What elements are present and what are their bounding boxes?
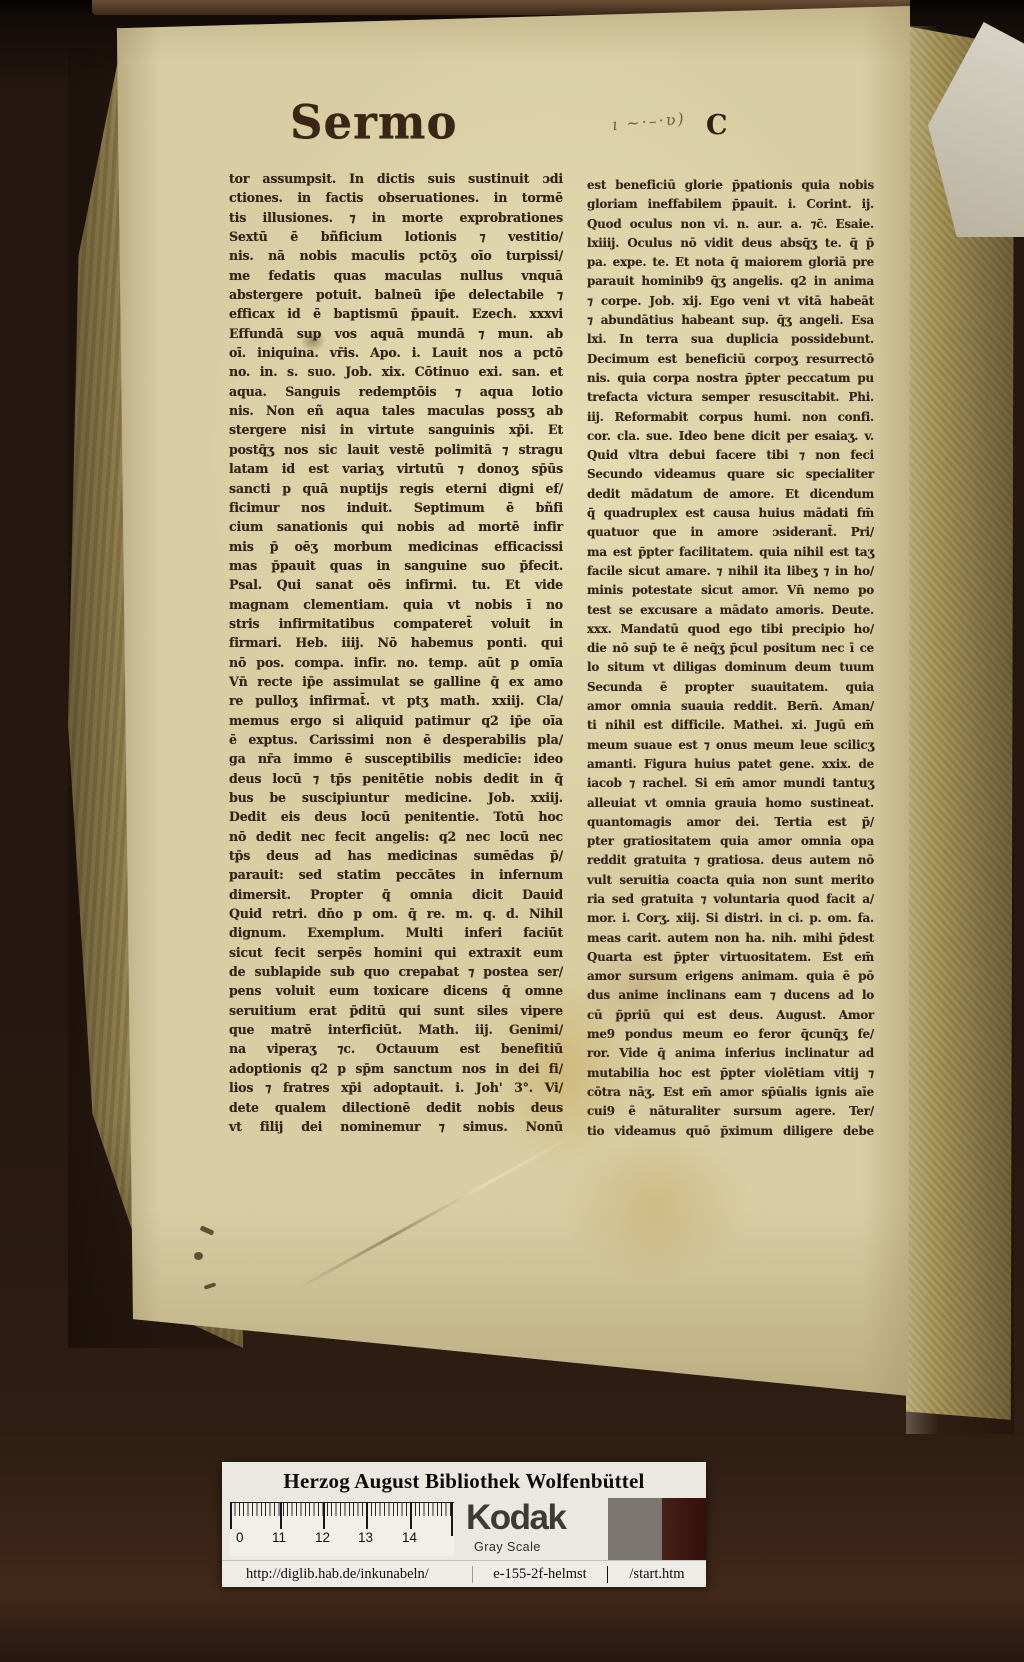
text-line: bus be suscipiuntur medicine. Job. xxiij… — [229, 788, 563, 807]
digitization-url: http://diglib.hab.de/inkunabeln/ — [222, 1566, 472, 1583]
quire-signature-letter: C — [706, 110, 728, 141]
start-file: /start.htm — [607, 1566, 706, 1583]
library-label-card: Herzog August Bibliothek Wolfenbüttel 01… — [222, 1462, 706, 1586]
text-line: mis p̄ oēʒ morbum medicinas efficacissi — [229, 537, 563, 556]
grayscale-patch-dark — [662, 1498, 706, 1560]
ruler-number: 13 — [358, 1530, 373, 1545]
ruler-number: 12 — [315, 1530, 330, 1545]
grayscale-patch-gray — [608, 1498, 662, 1560]
ruler-cm-tick — [323, 1502, 325, 1529]
text-line: quatuor que in amore ɔsiderant̄. Pri/ — [587, 523, 874, 542]
text-line: q̄ quadruplex est causa huius mādati fm̄ — [587, 504, 874, 523]
text-line: lios ⁊ fratres xp̄i adoptauit. i. Joh' 3… — [229, 1078, 563, 1097]
ruler-cm-tick — [410, 1502, 412, 1529]
kodak-wordmark: Kodak — [466, 1498, 565, 1538]
ruler-mm-ticks — [230, 1502, 454, 1516]
text-line: Secundo videamus quare sic specialiter — [587, 465, 874, 484]
text-line: amor omnia suauia reddit. Bern̄. Aman/ — [587, 697, 874, 716]
text-line: Vn̄ recte ip̄e assimulat se galline q̄ e… — [229, 672, 563, 691]
page-heading: Sermo — [290, 95, 457, 150]
text-line: ficimur nos induit. Septimum ē bñfi — [229, 498, 563, 517]
text-column-left: tor assumpsit. In dictis suis sustinuit … — [229, 169, 563, 1136]
text-line: tio videamus quō p̄ximum diligere debe — [587, 1122, 874, 1141]
cm-ruler: 011121314 — [230, 1502, 454, 1556]
text-line: na viperaʒ ⁊c. Octauum est benefitiū — [229, 1039, 563, 1058]
text-line: ⁊ abundātius habeant sup. q̄ʒ angeli. Es… — [587, 311, 874, 330]
text-line: alleuiat vt omnia grauia homo sustineat. — [587, 794, 874, 813]
text-line: stris infirmitatibus compateret̄ voluit … — [229, 614, 563, 633]
text-line: die nō sup̄ te ē neq̄ʒ p̄cul positum nec… — [587, 639, 874, 658]
text-line: nis. Non eñ aqua tales maculas possʒ ab — [229, 401, 563, 420]
text-line: cōtra nāʒ. Est em̄ amor sp̄ūalis ignis a… — [587, 1083, 874, 1102]
ruler-cm-tick — [366, 1502, 368, 1529]
text-line: cui9 ē nāturaliter sursum agere. Ter/ — [587, 1102, 874, 1121]
text-line: Quid vltra debui facere tibi ⁊ non feci — [587, 446, 874, 465]
text-line: test se excusare a mādato amoris. Deute. — [587, 601, 874, 620]
text-line: parauit: sed statim peccātes in infernum — [229, 865, 563, 884]
text-line: deus locū ⁊ tp̄s penitētie nobis dedit i… — [229, 769, 563, 788]
text-line: efficax id ē baptismū p̄pauit. Ezech. xx… — [229, 304, 563, 323]
text-line: seruitium erat p̄ditū qui sunt siles vip… — [229, 1001, 563, 1020]
text-line: pa. expe. te. Et nota q̄ maiorem gloriā … — [587, 253, 874, 272]
text-line: latam id est variaʒ virtutū ⁊ donoʒ sp̄ū… — [229, 459, 563, 478]
margin-ink-mark — [194, 1252, 203, 1260]
text-line: tp̄s deus ad has medicinas sumēdas p̄/ — [229, 846, 563, 865]
ruler-cm-tick — [230, 1502, 232, 1529]
text-line: magnam clementiam. quia vt nobis ī no — [229, 595, 563, 614]
text-line: xxx. Mandatū quod ego tibi precipio ho/ — [587, 620, 874, 639]
text-line: no. in. s. suo. Job. xix. Cōtinuo exi. s… — [229, 362, 563, 381]
text-line: gloriam ineffabilem p̄pauit. i. Corint. … — [587, 195, 874, 214]
text-line: adoptionis q2 p sp̄m sanctum nos in dei … — [229, 1059, 563, 1078]
text-line: ctiones. in factis obseruationes. in tor… — [229, 188, 563, 207]
text-line: aqua. Sanguis redemptōis ⁊ aqua lotio — [229, 382, 563, 401]
text-line: amanti. Figura huius patet gene. xxix. d… — [587, 755, 874, 774]
text-line: lo situm vt diligas dominum deum tuum — [587, 658, 874, 677]
text-line: vult seruitia coacta quia non sunt merit… — [587, 871, 874, 890]
text-line: postq̄ʒ nos sic lauit vestē polimitā ⁊ s… — [229, 440, 563, 459]
text-line: tis illusiones. ⁊ in morte exprobratione… — [229, 208, 563, 227]
text-line: Quarta est p̄pter virtuositatem. Est em̄ — [587, 948, 874, 967]
text-line: Quid retri. dn̄o p om. q̄ re. m. q. d. N… — [229, 904, 563, 923]
text-line: meum suaue est ⁊ onus meum leue scilicʒ — [587, 736, 874, 755]
text-line: amor sursum erigens animam. quia ē pō — [587, 967, 874, 986]
text-line: ē exptus. Carissimi non ē desperabilis p… — [229, 730, 563, 749]
text-line: Effundā sup vos aquā mundā ⁊ mun. ab — [229, 324, 563, 343]
text-line: mas p̄pauit quas in sanguine suo p̄fecit… — [229, 556, 563, 575]
text-line: ror. Vide q̄ anima inferius inclinatur a… — [587, 1044, 874, 1063]
text-line: mutabilia hoc est p̄pter violētiam vitij… — [587, 1064, 874, 1083]
text-line: oī. iniquina. vr̄is. Apo. i. Lauit nos a… — [229, 343, 563, 362]
text-column-right: est beneficiū glorie p̄pationis quia nob… — [587, 176, 874, 1141]
text-line: cor. cla. sue. Ideo bene dicit per esaia… — [587, 427, 874, 446]
text-line: quantomagis amor dei. Tertia est p̄/ — [587, 813, 874, 832]
text-line: abstergere potuit. balneū ip̄e delectabi… — [229, 285, 563, 304]
text-line: dus anime inclinans eam ⁊ ducens ad lo — [587, 986, 874, 1005]
text-line: vt filij dei nominemur ⁊ simus. Nonū — [229, 1117, 563, 1136]
text-line: meas carit. autem non ha. nih. mihi p̄de… — [587, 929, 874, 948]
ruler-number: 11 — [272, 1530, 286, 1545]
text-line: nis. nā nobis maculis pctōʒ oīo turpissi… — [229, 246, 563, 265]
text-line: tor assumpsit. In dictis suis sustinuit … — [229, 169, 563, 188]
ruler-cm-tick — [280, 1502, 282, 1529]
text-line: est beneficiū glorie p̄pationis quia nob… — [587, 176, 874, 195]
text-line: me9 pondus meum eo feror q̄cunq̄ʒ fe/ — [587, 1025, 874, 1044]
label-url-row: http://diglib.hab.de/inkunabeln/ e-155-2… — [222, 1560, 706, 1587]
text-line: Dedit eis deus locū penitentie. Totū hoc — [229, 807, 563, 826]
text-line: ria sed gratuita ⁊ voluntaria quod facit… — [587, 890, 874, 909]
text-line: dedit mādatum de amore. Et dicendum — [587, 485, 874, 504]
text-line: Decimum est beneficiū corpoʒ resurrectō — [587, 350, 874, 369]
text-line: lxiiij. Oculus nō vidit deus absq̄ʒ te. … — [587, 234, 874, 253]
text-line: facile sicut amare. ⁊ nihil ita libeʒ ⁊ … — [587, 562, 874, 581]
text-line: cū p̄priū qui est deus. August. Amor — [587, 1006, 874, 1025]
text-line: ga nr̄a immo ē susceptibilis medicīe: id… — [229, 749, 563, 768]
text-line: cium sanationis qui nobis ad mortē infir — [229, 517, 563, 536]
text-line: nō dedit nec fecit angelis: q2 nec locū … — [229, 827, 563, 846]
text-line: reddit gratuita ⁊ gratiosa. deus autem n… — [587, 851, 874, 870]
text-line: dignum. Exemplum. Multi inferi faciūt — [229, 923, 563, 942]
text-line: sicut fecit serpēs homini qui extraxit e… — [229, 943, 563, 962]
digitized-book-photo: Sermo ı ~·–·ʋ) C tor assumpsit. In dicti… — [0, 0, 1024, 1662]
text-line: Secunda ē propter suauitatem. quia — [587, 678, 874, 697]
ruler-number: 14 — [402, 1530, 417, 1545]
text-line: nō pos. compa. infir. no. temp. aūt p om… — [229, 653, 563, 672]
text-line: mor. i. Corʒ. xiij. Si distri. in ci. p.… — [587, 909, 874, 928]
text-line: pter gratiositatem quia amor omnia opa — [587, 832, 874, 851]
text-line: nis. quia corpa nostra p̄pter peccatum p… — [587, 369, 874, 388]
text-line: Sextū ē bñficium lotionis ⁊ vestitio/ — [229, 227, 563, 246]
label-middle-row: 011121314 Kodak Gray Scale — [222, 1498, 706, 1560]
fore-edge-shadow — [906, 26, 1014, 1434]
text-line: stergere nisi in virtute sanguinis xp̄i.… — [229, 420, 563, 439]
text-line: ⁊ corpe. Job. xij. Ego veni vt vitā habe… — [587, 292, 874, 311]
text-line: ma est p̄pter facilitatem. quia nihil es… — [587, 543, 874, 562]
text-line: de sublapide sub quo crepabat ⁊ postea s… — [229, 962, 563, 981]
text-line: ti nihil est difficile. Mathei. xi. Jugū… — [587, 716, 874, 735]
ruler-numbers: 011121314 — [230, 1530, 454, 1550]
text-line: dete qualem dilectionē dedit nobis deus — [229, 1098, 563, 1117]
gray-scale-caption: Gray Scale — [474, 1540, 541, 1554]
text-line: memus ergo si aliquid patimur q2 ip̄e oī… — [229, 711, 563, 730]
library-name: Herzog August Bibliothek Wolfenbüttel — [222, 1462, 706, 1498]
text-line: trefacta victura semper resuscitabit. Ph… — [587, 388, 874, 407]
text-line: re pulloʒ infirmat̄. vt ptʒ math. xxiij.… — [229, 691, 563, 710]
text-line: parauit hominib9 q̄ʒ angelis. q2 in anim… — [587, 272, 874, 291]
text-line: sancti p quā nuptijs regis eterni digni … — [229, 479, 563, 498]
ruler-number: 0 — [236, 1530, 244, 1545]
text-line: Psal. Qui sanat oēs infirmi. tu. Et vide — [229, 575, 563, 594]
text-line: pens voluit eum toxicare dicens q̄ omne — [229, 981, 563, 1000]
text-line: firmari. Heb. iiij. Nō habemus ponti. qu… — [229, 633, 563, 652]
text-line: que matrē interficiūt. Math. iij. Genimi… — [229, 1020, 563, 1039]
text-line: lxi. In terra sua duplicia possidebunt. — [587, 330, 874, 349]
text-line: Quod oculus non vi. n. aur. a. ⁊c̄. Esai… — [587, 215, 874, 234]
text-line: dimersit. Propter q̄ omnia dicit Dauid — [229, 885, 563, 904]
text-line: iij. Reformabit corpus humi. non confi. — [587, 408, 874, 427]
text-line: iacob ⁊ rachel. Si em̄ amor mundi tantuʒ — [587, 774, 874, 793]
shelfmark: e-155-2f-helmst — [472, 1566, 607, 1583]
text-line: me fedatis quas maculas nullus vnquā — [229, 266, 563, 285]
text-line: minis potestate sicut amor. Vn̄ nemo po — [587, 581, 874, 600]
